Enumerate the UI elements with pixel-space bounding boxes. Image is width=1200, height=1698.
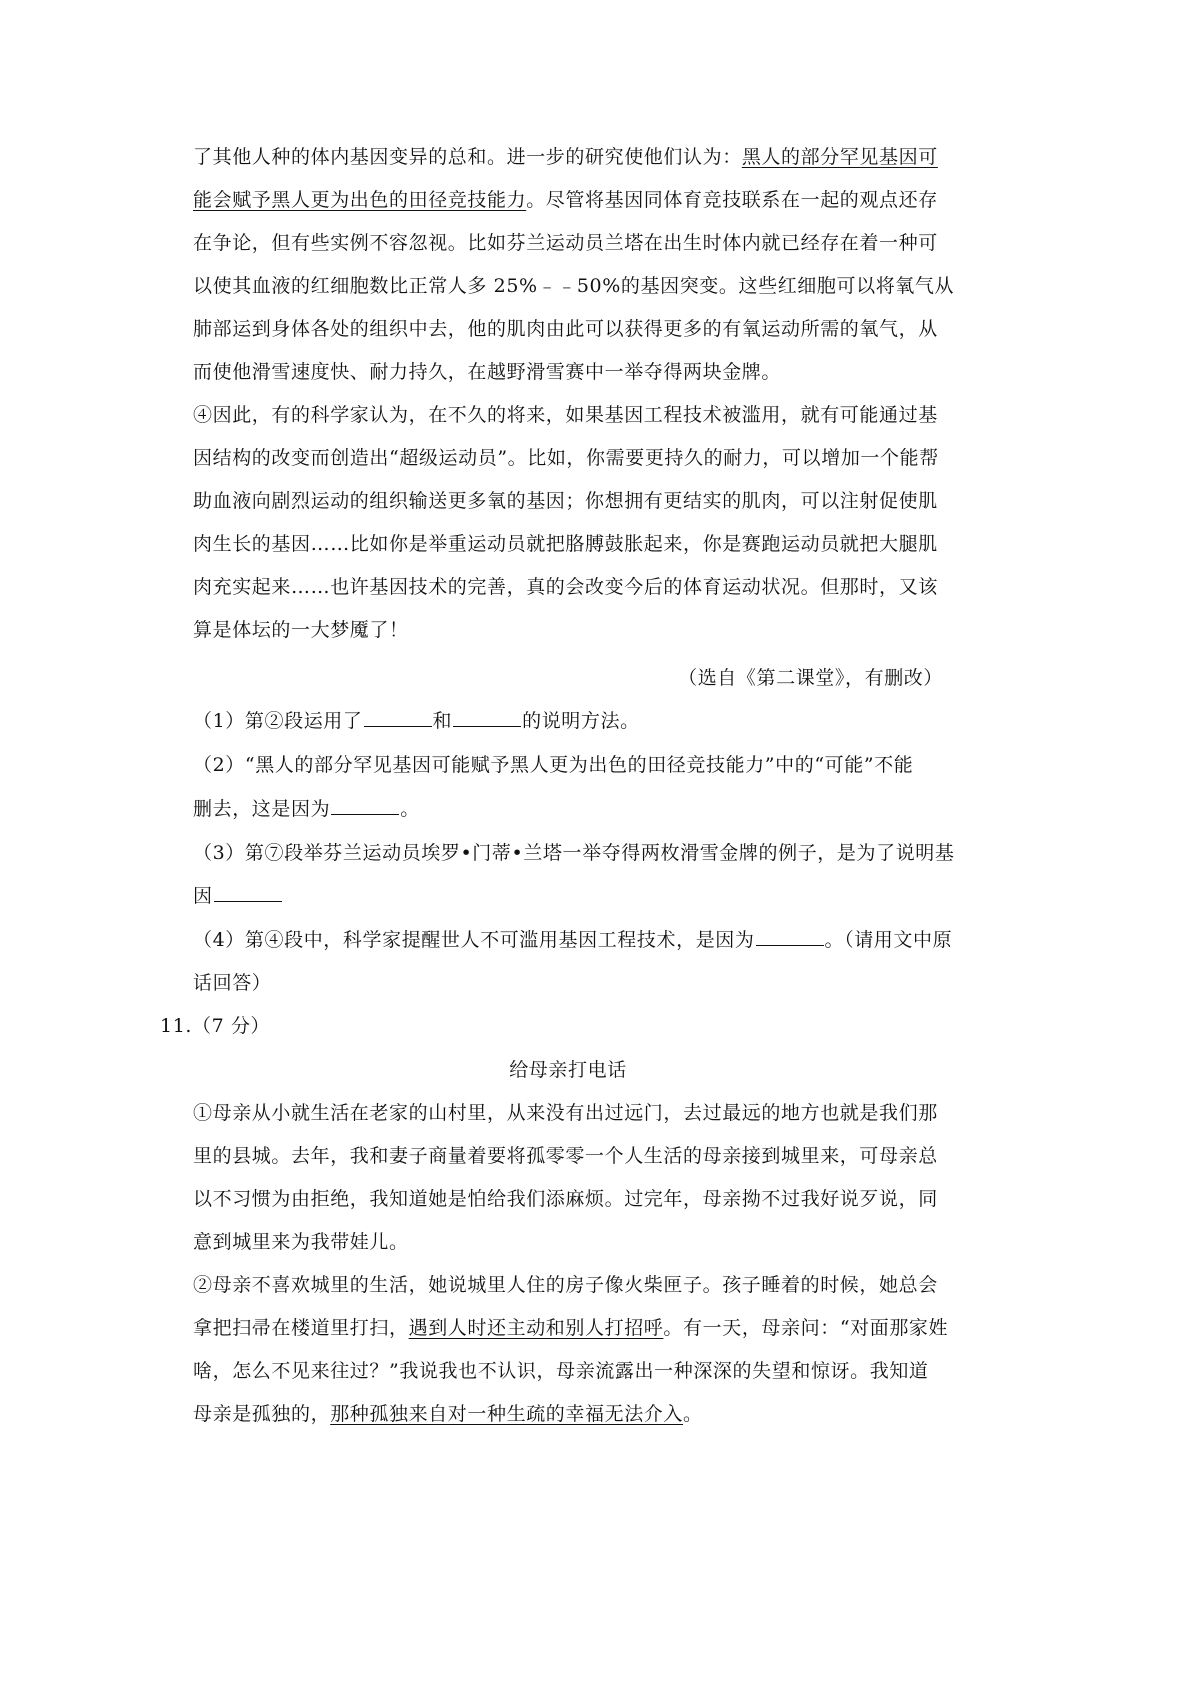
passage-line: 肉生长的基因……比如你是举重运动员就把胳膊鼓胀起来，你是赛跑运动员就把大腿肌: [193, 531, 953, 557]
question-1: （1）第②段运用了和的说明方法。: [193, 708, 953, 734]
question-4-line-2: 话回答）: [193, 970, 953, 996]
text: 。: [400, 798, 420, 820]
passage-title: 给母亲打电话: [193, 1057, 943, 1083]
text: 拿把扫帚在楼道里打扫，: [193, 1317, 409, 1339]
passage-line: ①母亲从小就生活在老家的山村里，从来没有出过远门，去过最远的地方也就是我们那: [193, 1100, 953, 1126]
source-citation: （选自《第二课堂》，有删改）: [193, 665, 943, 691]
answer-blank[interactable]: [756, 927, 824, 946]
passage-line: 拿把扫帚在楼道里打扫，遇到人时还主动和别人打招呼。有一天，母亲问：“对面那家姓: [193, 1315, 953, 1341]
underlined-text: 能会赋予黑人更为出色的田径竞技能力: [193, 189, 526, 211]
passage-line: 母亲是孤独的，那种孤独来自对一种生疏的幸福无法介入。: [193, 1401, 953, 1427]
text: 因: [193, 885, 213, 907]
passage-line: 助血液向剧烈运动的组织输送更多氧的基因；你想拥有更结实的肌肉，可以注射促使肌: [193, 488, 953, 514]
passage-line: ④因此，有的科学家认为，在不久的将来，如果基因工程技术被滥用，就有可能通过基: [193, 402, 953, 428]
passage-line: 了其他人种的体内基因变异的总和。进一步的研究使他们认为：黑人的部分罕见基因可: [193, 144, 953, 170]
underlined-text: 遇到人时还主动和别人打招呼: [409, 1317, 664, 1339]
passage-line: 能会赋予黑人更为出色的田径竞技能力。尽管将基因同体育竞技联系在一起的观点还存: [193, 187, 953, 213]
document-page: 了其他人种的体内基因变异的总和。进一步的研究使他们认为：黑人的部分罕见基因可 能…: [0, 0, 1200, 1698]
text: 。（请用文中原: [825, 929, 953, 951]
passage-line: 以使其血液的红细胞数比正常人多 25%﹣﹣50%的基因突变。这些红细胞可以将氧气…: [193, 273, 953, 299]
question-3-line-1: （3）第⑦段举芬兰运动员埃罗•门蒂•兰塔一举夺得两枚滑雪金牌的例子，是为了说明基: [193, 840, 953, 866]
answer-blank[interactable]: [331, 796, 399, 815]
question-2-line-1: （2）“黑人的部分罕见基因可能赋予黑人更为出色的田径竞技能力”中的“可能”不能: [193, 752, 953, 778]
passage-line: 因结构的改变而创造出“超级运动员”。比如，你需要更持久的耐力，可以增加一个能帮: [193, 445, 953, 471]
question-3-line-2: 因: [193, 883, 953, 909]
text: 删去，这是因为: [193, 798, 330, 820]
passage-line: 在争论，但有些实例不容忽视。比如芬兰运动员兰塔在出生时体内就已经存在着一种可: [193, 230, 953, 256]
text: （1）第②段运用了: [193, 710, 363, 732]
text: 。: [683, 1403, 703, 1425]
question-4-line-1: （4）第④段中，科学家提醒世人不可滥用基因工程技术，是因为。（请用文中原: [193, 927, 953, 953]
answer-blank[interactable]: [453, 708, 521, 727]
underlined-text: 黑人的部分罕见基因可: [742, 146, 938, 168]
question-2-line-2: 删去，这是因为。: [193, 796, 953, 822]
answer-blank[interactable]: [214, 883, 282, 902]
text: 了其他人种的体内基因变异的总和。进一步的研究使他们认为：: [193, 146, 742, 168]
passage-line: 而使他滑雪速度快、耐力持久，在越野滑雪赛中一举夺得两块金牌。: [193, 359, 953, 385]
passage-line: 肉充实起来……也许基因技术的完善，真的会改变今后的体育运动状况。但那时，又该: [193, 574, 953, 600]
passage-line: 肺部运到身体各处的组织中去，他的肌肉由此可以获得更多的有氧运动所需的氧气，从: [193, 316, 953, 342]
passage-line: 以不习惯为由拒绝，我知道她是怕给我们添麻烦。过完年，母亲拗不过我好说歹说，同: [193, 1186, 953, 1212]
passage-line: 意到城里来为我带娃儿。: [193, 1229, 953, 1255]
text: 。尽管将基因同体育竞技联系在一起的观点还存: [526, 189, 938, 211]
text: （4）第④段中，科学家提醒世人不可滥用基因工程技术，是因为: [193, 929, 755, 951]
text: 母亲是孤独的，: [193, 1403, 330, 1425]
text: 。有一天，母亲问：“对面那家姓: [663, 1317, 948, 1339]
passage-line: 啥，怎么不见来往过？”我说我也不认识，母亲流露出一种深深的失望和惊讶。我知道: [193, 1358, 953, 1384]
underlined-text: 那种孤独来自对一种生疏的幸福无法介入: [330, 1403, 683, 1425]
text: 和: [433, 710, 453, 732]
question-11-header: 11.（7 分）: [160, 1013, 920, 1039]
passage-line: 里的县城。去年，我和妻子商量着要将孤零零一个人生活的母亲接到城里来，可母亲总: [193, 1143, 953, 1169]
passage-line: ②母亲不喜欢城里的生活，她说城里人住的房子像火柴匣子。孩子睡着的时候，她总会: [193, 1272, 953, 1298]
passage-line: 算是体坛的一大梦魇了！: [193, 617, 953, 643]
text: 的说明方法。: [522, 710, 640, 732]
answer-blank[interactable]: [364, 708, 432, 727]
